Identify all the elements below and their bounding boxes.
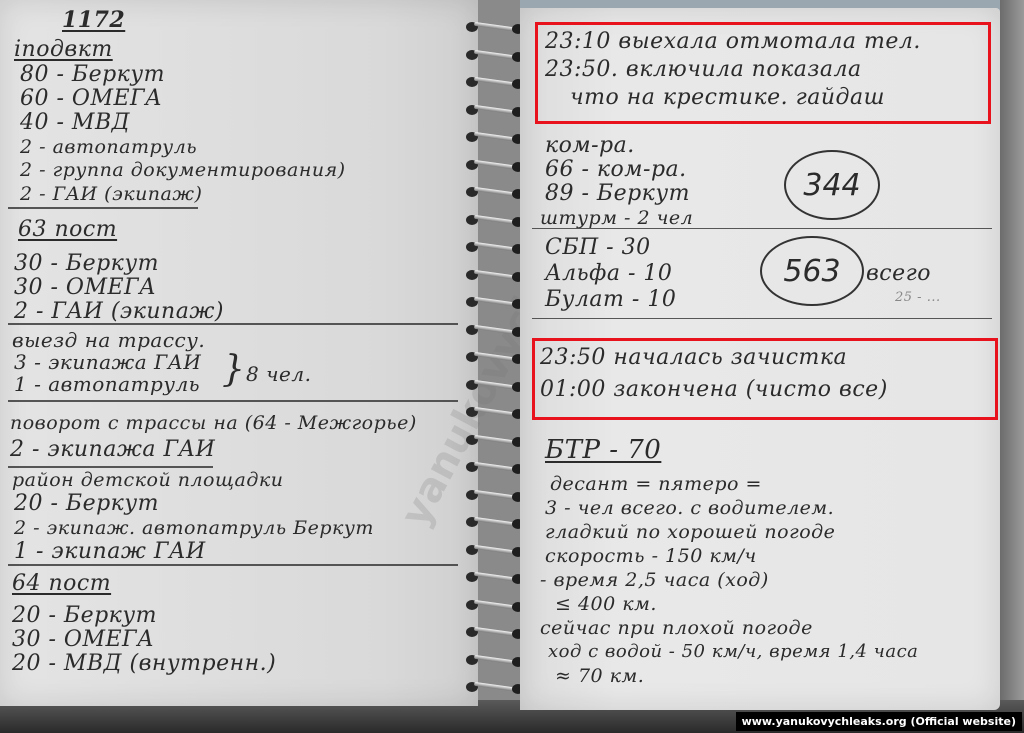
- spiral-coil: [462, 350, 528, 364]
- list-item: поворот с трассы на (64 - Межгорье): [10, 411, 417, 435]
- spiral-coil: [462, 378, 528, 392]
- vehicle-line: гладкий по хорошей погоде: [545, 520, 835, 544]
- divider: [8, 323, 458, 325]
- vehicle-heading: БТР - 70: [545, 438, 661, 462]
- list-item: 2 - экипажа ГАИ: [10, 438, 215, 462]
- list-item: 30 - ОМЕГА: [14, 276, 156, 300]
- section-heading: 63 пост: [18, 218, 117, 242]
- list-item: 30 - ОМЕГА: [12, 628, 154, 652]
- vehicle-line: ≤ 400 км.: [555, 592, 657, 616]
- divider: [8, 207, 198, 209]
- total-circle-344: 344: [784, 150, 880, 220]
- spiral-coil: [462, 625, 528, 639]
- unit-line: Булат - 10: [545, 288, 676, 312]
- personnel-line: штурм - 2 чел: [540, 206, 693, 230]
- list-item: выезд на трассу.: [12, 328, 205, 352]
- note-line: 01:00 закончена (чисто все): [540, 378, 888, 402]
- spiral-coil: [462, 680, 528, 694]
- section-heading: іподвкт: [14, 38, 113, 62]
- spiral-coil: [462, 185, 528, 199]
- total-label: всего: [866, 262, 931, 286]
- spiral-coil: [462, 268, 528, 282]
- list-item: 1 - автопатруль: [14, 372, 200, 396]
- spiral-coil: [462, 598, 528, 612]
- list-item: 80 - Беркут: [20, 63, 165, 87]
- vehicle-line: - время 2,5 часа (ход): [540, 568, 769, 592]
- spiral-coil: [462, 295, 528, 309]
- list-item: 20 - Беркут: [12, 604, 157, 628]
- list-item: 20 - МВД (внутренн.): [12, 652, 276, 676]
- bracket-note: 8 чел.: [246, 362, 311, 386]
- spiral-coil: [462, 130, 528, 144]
- personnel-line: 89 - Беркут: [545, 182, 690, 206]
- left-page: 1172 іподвкт 80 - Беркут 60 - ОМЕГА 40 -…: [0, 0, 478, 706]
- list-item: 2 - ГАИ (экипаж): [14, 300, 224, 324]
- note-line: что на крестике. гайдаш: [570, 86, 885, 110]
- notebook-edge: [1000, 0, 1024, 700]
- personnel-line: ком-ра.: [545, 134, 635, 158]
- total-circle-563: 563: [760, 236, 864, 306]
- spiral-coil: [462, 75, 528, 89]
- spiral-coil: [462, 213, 528, 227]
- spiral-coil: [462, 653, 528, 667]
- list-item: 2 - экипаж. автопатруль Беркут: [14, 516, 374, 540]
- divider: [8, 400, 458, 402]
- section-heading: 64 пост: [12, 572, 111, 596]
- small-note: 25 - ...: [895, 290, 941, 305]
- divider: [8, 564, 458, 566]
- list-item: район детской площадки: [12, 468, 283, 492]
- list-item: 1 - экипаж ГАИ: [14, 540, 206, 564]
- list-item: 40 - МВД: [20, 111, 130, 135]
- spiral-coil: [462, 48, 528, 62]
- vehicle-line: сейчас при плохой погоде: [540, 616, 813, 640]
- list-item: 20 - Беркут: [14, 492, 159, 516]
- page-number: 1172: [62, 8, 125, 32]
- spiral-coil: [462, 323, 528, 337]
- list-item: 2 - автопатруль: [20, 135, 197, 159]
- list-item: 3 - экипажа ГАИ: [14, 350, 201, 374]
- note-line: 23:10 выехала отмотала тел.: [545, 30, 921, 54]
- spiral-coil: [462, 20, 528, 34]
- vehicle-line: десант = пятеро =: [550, 472, 762, 496]
- spiral-coil: [462, 240, 528, 254]
- spiral-coil: [462, 488, 528, 502]
- note-line: 23:50. включила показала: [545, 58, 862, 82]
- list-item: 30 - Беркут: [14, 252, 159, 276]
- spiral-coil: [462, 433, 528, 447]
- vehicle-line: скорость - 150 км/ч: [545, 544, 757, 568]
- spiral-coil: [462, 570, 528, 584]
- spiral-coil: [462, 405, 528, 419]
- spiral-coil: [462, 158, 528, 172]
- list-item: 2 - ГАИ (экипаж): [20, 182, 202, 206]
- list-item: 2 - группа документирования): [20, 158, 346, 182]
- list-item: 60 - ОМЕГА: [20, 87, 162, 111]
- unit-line: СБП - 30: [545, 236, 651, 260]
- vehicle-line: ход с водой - 50 км/ч, время 1,4 часа: [548, 640, 918, 664]
- brace-icon: }: [222, 350, 245, 390]
- note-line: 23:50 началась зачистка: [540, 346, 847, 370]
- divider: [532, 228, 992, 229]
- divider: [532, 318, 992, 319]
- spiral-coil: [462, 515, 528, 529]
- personnel-line: 66 - ком-ра.: [545, 158, 687, 182]
- spiral-coil: [462, 103, 528, 117]
- spiral-coil: [462, 543, 528, 557]
- spiral-coil: [462, 460, 528, 474]
- vehicle-line: ≈ 70 км.: [555, 664, 644, 688]
- vehicle-line: 3 - чел всего. с водителем.: [545, 496, 834, 520]
- source-credit: www.yanukovychleaks.org (Official websit…: [736, 712, 1022, 731]
- unit-line: Альфа - 10: [545, 262, 672, 286]
